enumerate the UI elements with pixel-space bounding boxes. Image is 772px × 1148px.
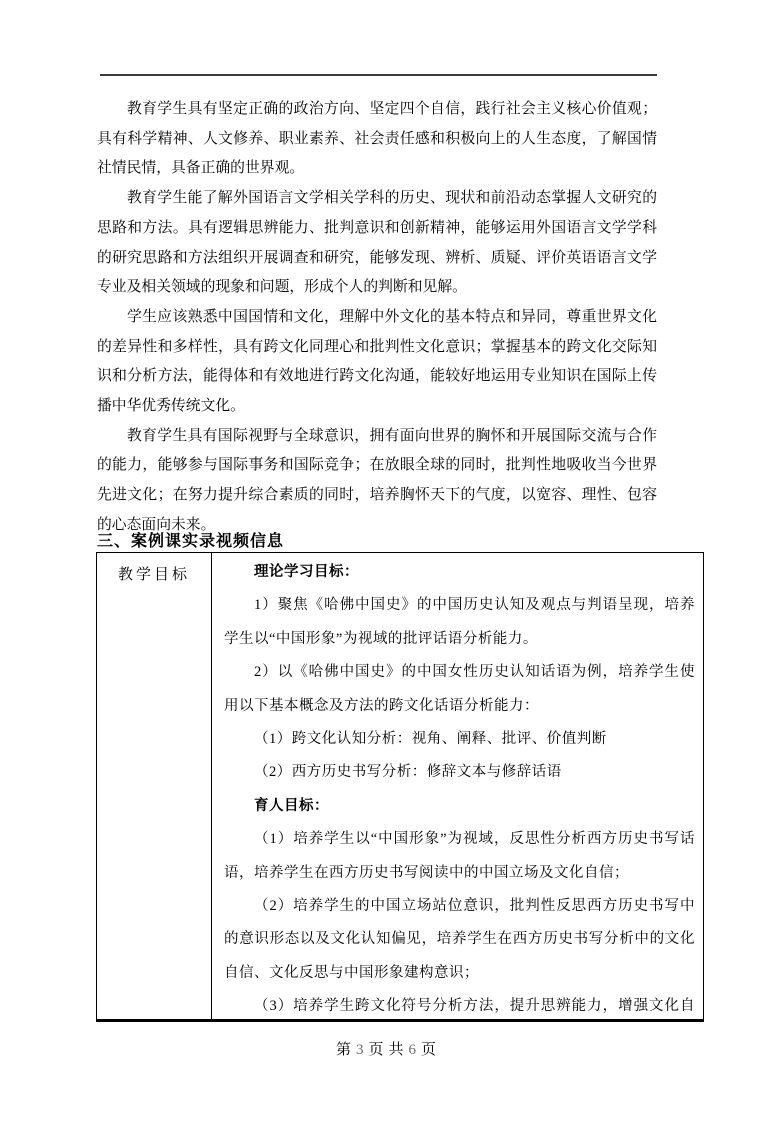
table-paragraph-theory-subitem-1: （1）跨文化认知分析：视角、阐释、批评、价值判断 bbox=[224, 723, 695, 756]
page-footer: 第3页共6页 bbox=[0, 1038, 772, 1059]
table-paragraph-theory-item-1: 1）聚焦《哈佛中国史》的中国历史认知及观点与判语呈现，培养学生以“中国形象”为视… bbox=[224, 589, 695, 656]
footer-total-page-number: 6 bbox=[409, 1042, 417, 1058]
footer-prefix: 第 bbox=[336, 1042, 351, 1058]
row-header-label: 教学目标 bbox=[97, 553, 211, 584]
footer-page-unit: 页 bbox=[368, 1042, 383, 1058]
row-content-cell: 理论学习目标： 1）聚焦《哈佛中国史》的中国历史认知及观点与判语呈现，培养学生以… bbox=[212, 553, 704, 1021]
case-video-info-table: 教学目标 理论学习目标： 1）聚焦《哈佛中国史》的中国历史认知及观点与判语呈现，… bbox=[96, 552, 704, 1022]
footer-total-unit: 页 bbox=[421, 1042, 436, 1058]
footer-conjunction: 共 bbox=[389, 1042, 404, 1058]
header-rule bbox=[100, 74, 657, 76]
table-paragraph-education-item-3: （3）培养学生跨文化符号分析方法，提升思辨能力，增强文化自信。 bbox=[224, 990, 695, 1018]
document-page: 教育学生具有坚定正确的政治方向、坚定四个自信，践行社会主义核心价值观；具有科学精… bbox=[0, 0, 772, 1148]
body-paragraph-3: 学生应该熟悉中国国情和文化，理解中外文化的基本特点和异同，尊重世界文化的差异性和… bbox=[97, 303, 657, 422]
body-text-block: 教育学生具有坚定正确的政治方向、坚定四个自信，践行社会主义核心价值观；具有科学精… bbox=[97, 95, 657, 541]
table-paragraph-theory-subitem-2: （2）西方历史书写分析：修辞文本与修辞话语 bbox=[224, 756, 695, 789]
footer-current-page-number: 3 bbox=[356, 1042, 364, 1058]
table-row-teaching-objectives: 教学目标 理论学习目标： 1）聚焦《哈佛中国史》的中国历史认知及观点与判语呈现，… bbox=[97, 553, 704, 1021]
table-paragraph-education-item-2: （2）培养学生的中国立场站位意识，批判性反思西方历史书写中的意识形态以及文化认知… bbox=[224, 890, 695, 990]
section-heading: 三、案例课实录视频信息 bbox=[97, 528, 284, 551]
table-paragraph-theory-item-2: 2）以《哈佛中国史》的中国女性历史认知话语为例，培养学生使用以下基本概念及方法的… bbox=[224, 656, 695, 723]
body-paragraph-2: 教育学生能了解外国语言文学相关学科的历史、现状和前沿动态掌握人文研究的思路和方法… bbox=[97, 184, 657, 303]
table-paragraph-education-item-1: （1）培养学生以“中国形象”为视域，反思性分析西方历史书写话语，培养学生在西方历… bbox=[224, 823, 695, 890]
table-paragraph-education-heading: 育人目标： bbox=[224, 790, 695, 823]
row-header-cell: 教学目标 bbox=[97, 553, 212, 1021]
body-paragraph-4: 教育学生具有国际视野与全球意识，拥有面向世界的胸怀和开展国际交流与合作的能力，能… bbox=[97, 422, 657, 541]
row-content-text: 理论学习目标： 1）聚焦《哈佛中国史》的中国历史认知及观点与判语呈现，培养学生以… bbox=[212, 553, 703, 1018]
table-paragraph-theory-heading: 理论学习目标： bbox=[224, 556, 695, 589]
body-paragraph-1: 教育学生具有坚定正确的政治方向、坚定四个自信，践行社会主义核心价值观；具有科学精… bbox=[97, 95, 657, 184]
